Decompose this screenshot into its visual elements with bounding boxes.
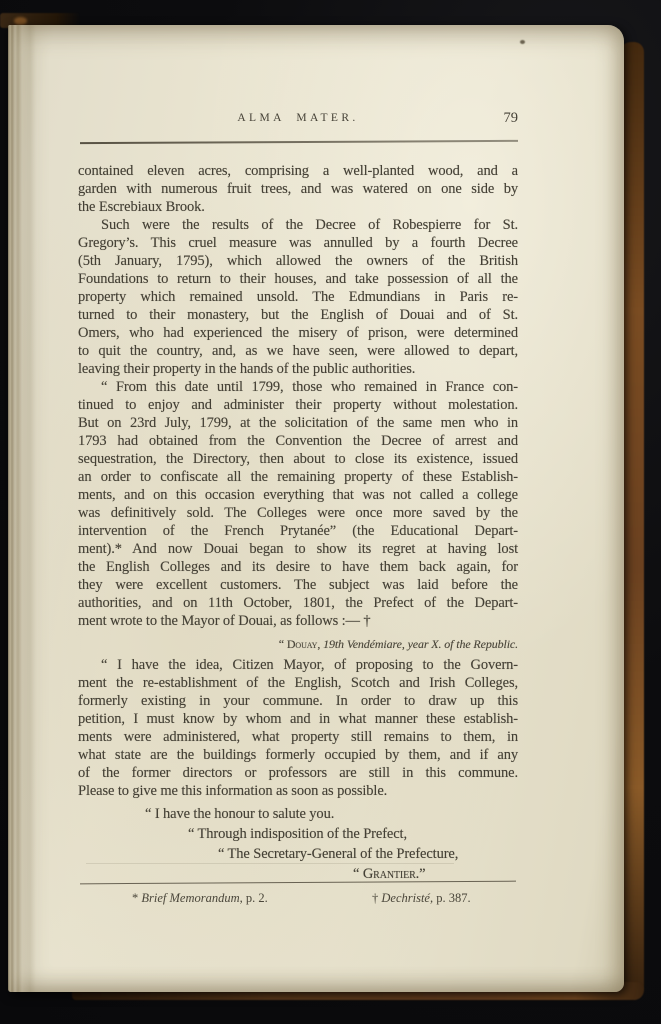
text-line: “ From this date until 1799, those who r…: [78, 378, 518, 396]
book-page: ALMA MATER. 79 contained eleven acres, c…: [8, 25, 624, 992]
text-line: they were excellent customers. The subje…: [78, 576, 518, 594]
text-line: Omers, who had experienced the misery of…: [78, 324, 518, 342]
footnote-ref: p. 2.: [246, 891, 268, 905]
text-line: the English Colleges and its desire to h…: [78, 558, 518, 576]
header-rule: [80, 140, 518, 144]
text-line: the Escrebiaux Brook.: [78, 198, 518, 216]
text-line: Such were the results of the Decree of R…: [78, 216, 518, 234]
paragraph: contained eleven acres, comprising a wel…: [78, 162, 518, 216]
text-line: (5th January, 1795), which allowed the o…: [78, 252, 518, 270]
signoff-block: “ I have the honour to salute you.“ Thro…: [78, 804, 518, 884]
text-line: “ I have the idea, Citizen Mayor, of pro…: [78, 656, 518, 674]
text-line: an order to confiscate all the remaining…: [78, 468, 518, 486]
text-line: ment).* And now Douai began to show its …: [78, 540, 518, 558]
text-line: to quit the country, and, as we have see…: [78, 342, 518, 360]
text-line: tinued to enjoy and administer their pro…: [78, 396, 518, 414]
text-line: 1793 had obtained from the Convention th…: [78, 432, 518, 450]
paper-speck: [520, 40, 525, 44]
footnote-title: Dechristé,: [381, 891, 433, 905]
text-line: petition, I must know by whom and in wha…: [78, 710, 518, 728]
body-part-after: “ I have the idea, Citizen Mayor, of pro…: [78, 656, 518, 800]
dateline-place: Douay,: [287, 637, 320, 651]
footnote-right: † Dechristé, p. 387.: [372, 891, 471, 906]
text-line: Foundations to return to their houses, a…: [78, 270, 518, 288]
text-line: ments were administered, what property s…: [78, 728, 518, 746]
signoff-line: “ Through indisposition of the Prefect,: [188, 824, 518, 844]
body-text: contained eleven acres, comprising a wel…: [78, 162, 518, 884]
body-part-before: contained eleven acres, comprising a wel…: [78, 162, 518, 630]
text-line: leaving their property in the hands of t…: [78, 360, 518, 378]
text-line: authorities, and on 11th October, 1801, …: [78, 594, 518, 612]
paragraph: Such were the results of the Decree of R…: [78, 216, 518, 378]
text-line: But on 23rd July, 1799, at the solicitat…: [78, 414, 518, 432]
page-edge-stack: [8, 25, 36, 992]
text-line: sequestration, the Directory, then about…: [78, 450, 518, 468]
text-line: intervention of the French Prytanée” (th…: [78, 522, 518, 540]
footnote-left: * Brief Memorandum, p. 2.: [132, 891, 268, 906]
paragraph: “ From this date until 1799, those who r…: [78, 378, 518, 630]
text-line: ments, and on this occasion everything t…: [78, 486, 518, 504]
footnote-ref: p. 387.: [436, 891, 470, 905]
text-line: ment the re-establishment of the English…: [78, 674, 518, 692]
text-line: Please to give me this information as so…: [78, 782, 518, 800]
signoff-line: “ I have the honour to salute you.: [145, 804, 518, 824]
text-line: garden with numerous fruit trees, and wa…: [78, 180, 518, 198]
text-line: property which remained unsold. The Edmu…: [78, 288, 518, 306]
letter-dateline: “ Douay, 19th Vendémiare, year X. of the…: [78, 635, 518, 653]
footnote-marker: †: [372, 891, 378, 905]
paragraph: “ I have the idea, Citizen Mayor, of pro…: [78, 656, 518, 800]
footnote-title: Brief Memorandum,: [141, 891, 242, 905]
text-line: what state are the buildings formerly oc…: [78, 746, 518, 764]
text-line: turned to their monastery, but the Engli…: [78, 306, 518, 324]
text-line: of the former directors or professors ar…: [78, 764, 518, 782]
text-line: contained eleven acres, comprising a wel…: [78, 162, 518, 180]
text-line: ment wrote to the Mayor of Douai, as fol…: [78, 612, 518, 630]
scan-background: ALMA MATER. 79 contained eleven acres, c…: [0, 0, 661, 1024]
text-line: formerly existing in your commune. In or…: [78, 692, 518, 710]
dateline-quote: “: [279, 637, 287, 651]
text-line: Gregory’s. This cruel measure was annull…: [78, 234, 518, 252]
footnotes-row: * Brief Memorandum, p. 2. † Dechristé, p…: [8, 891, 624, 909]
signoff-line: “ The Secretary-General of the Prefectur…: [218, 844, 518, 864]
binding-rust-spot: [14, 17, 27, 25]
dateline-rest: 19th Vendémiare, year X. of the Republic…: [320, 637, 518, 651]
page-number: 79: [78, 110, 518, 127]
text-line: was definitively sold. The Colleges were…: [78, 504, 518, 522]
footnote-marker: *: [132, 891, 138, 905]
